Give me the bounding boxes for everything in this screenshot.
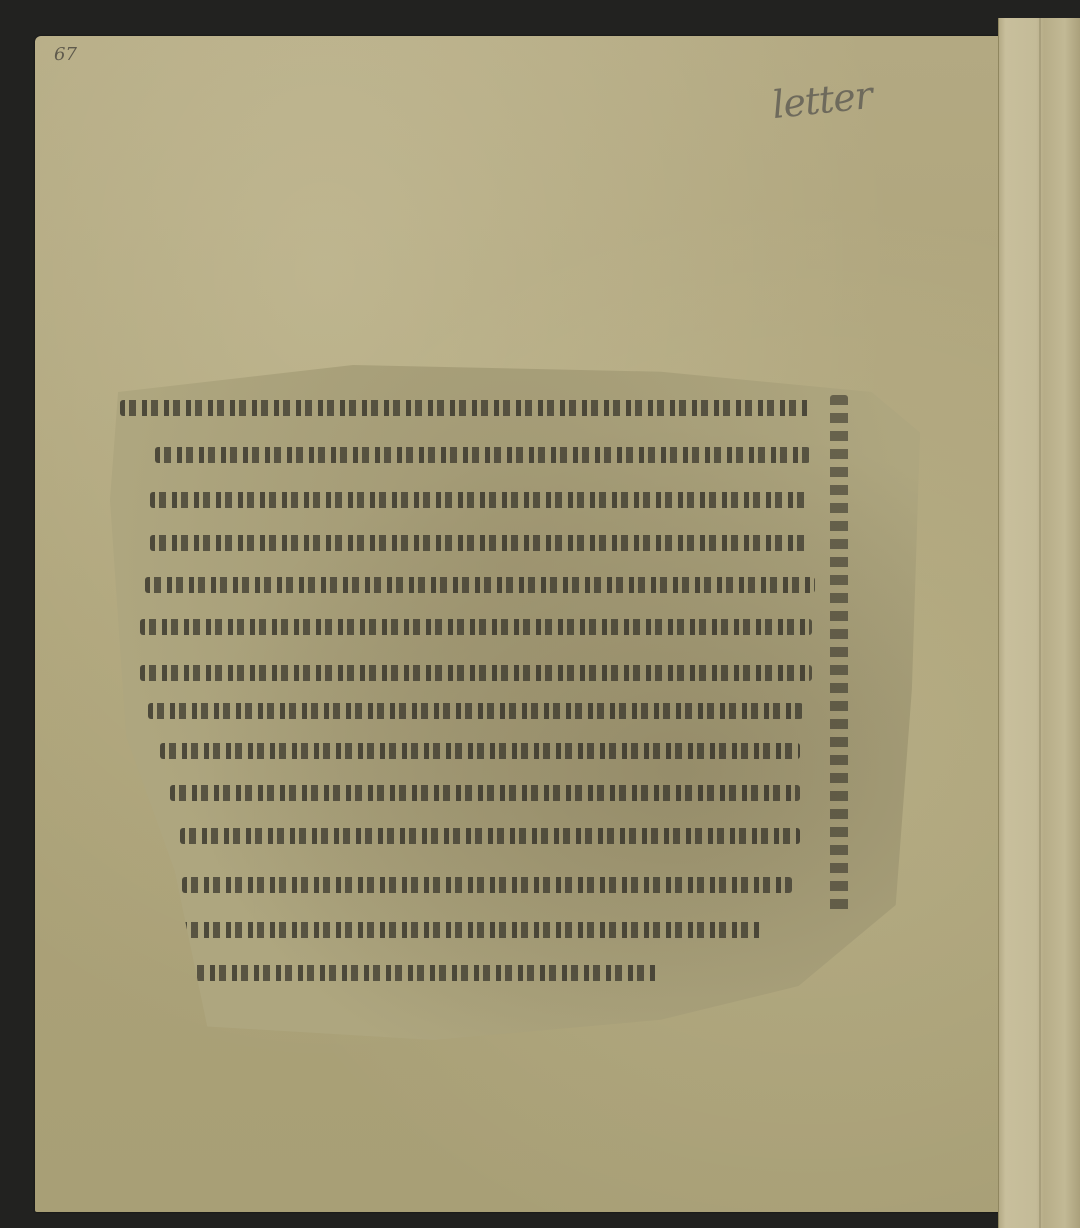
text-line — [160, 743, 800, 759]
text-line — [150, 492, 810, 508]
folio-number: 67 — [54, 44, 77, 65]
manuscript-text — [110, 365, 920, 1040]
text-line — [150, 535, 810, 551]
marginal-text — [830, 395, 848, 915]
text-line — [140, 665, 812, 681]
text-line — [188, 965, 658, 981]
manuscript-fragment — [110, 365, 920, 1040]
text-line — [170, 785, 800, 801]
text-line — [155, 447, 810, 463]
text-line — [180, 828, 800, 844]
text-line — [120, 400, 810, 416]
text-line — [182, 877, 792, 893]
guard-fold-line — [1039, 18, 1041, 1228]
text-line — [148, 703, 803, 719]
text-line — [182, 922, 762, 938]
text-line — [140, 619, 812, 635]
binding-guard-strip — [998, 18, 1080, 1228]
text-line — [145, 577, 815, 593]
